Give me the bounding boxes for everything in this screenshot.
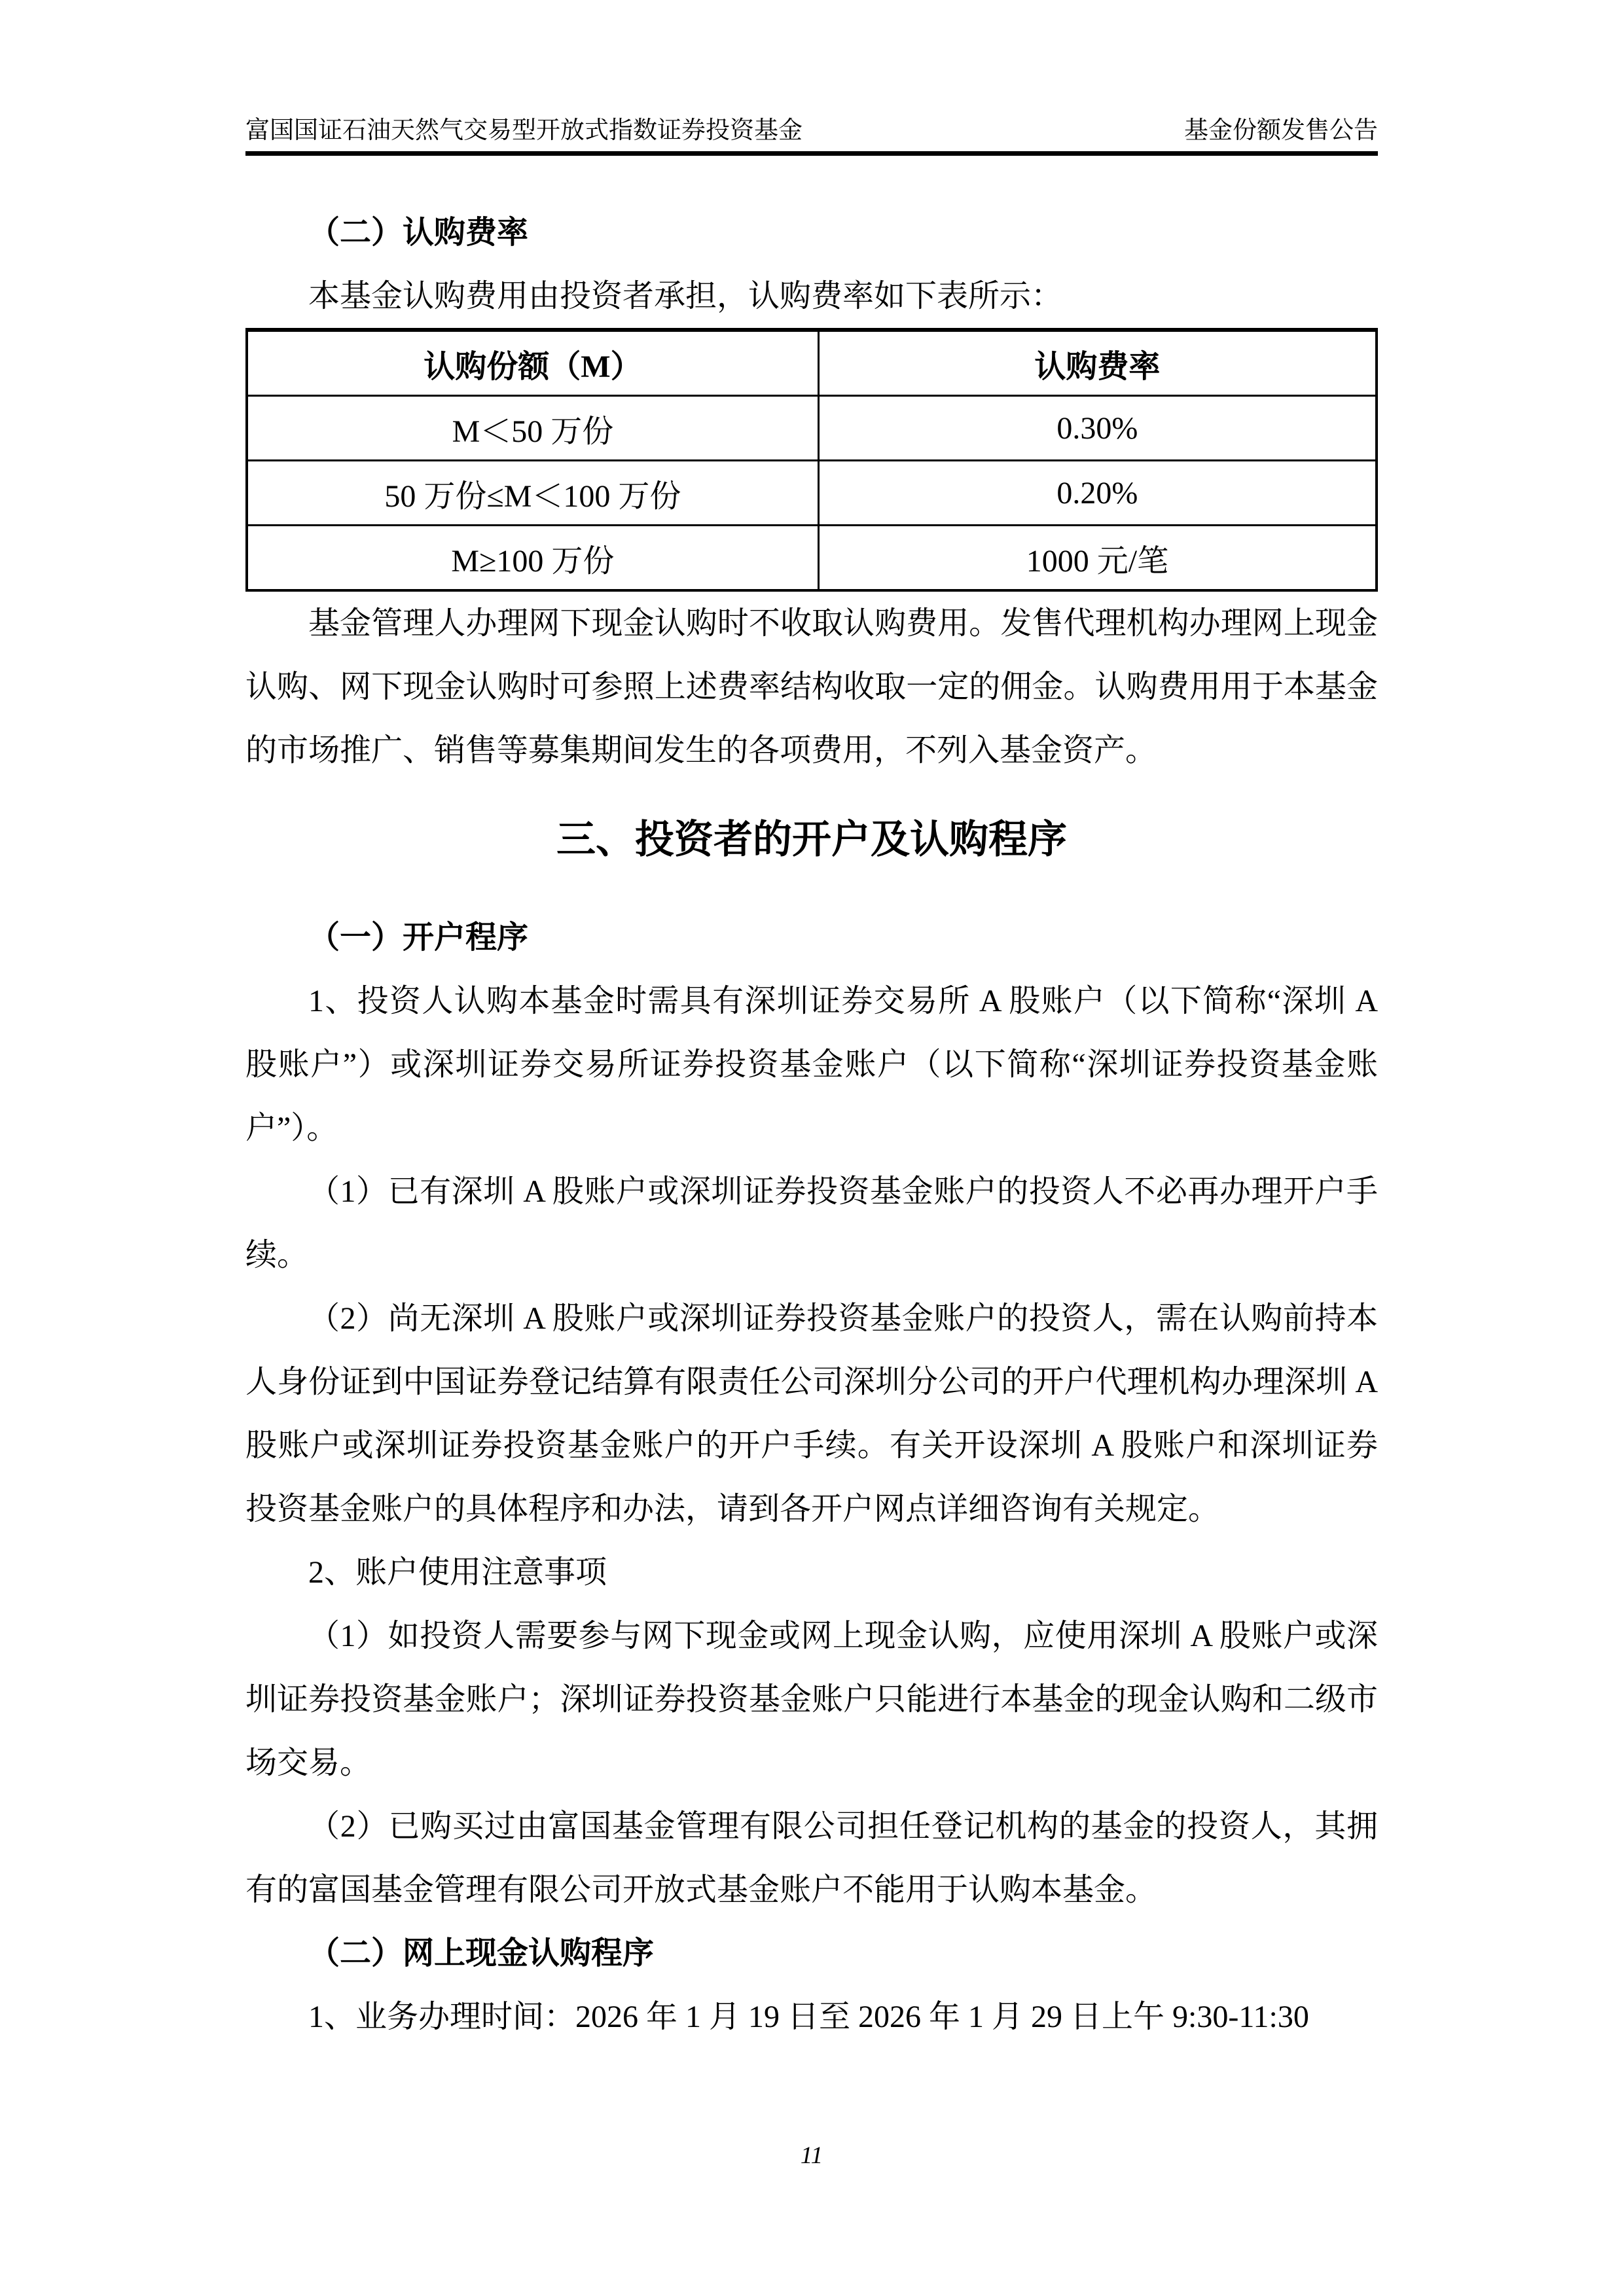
- page-content: （二）认购费率 本基金认购费用由投资者承担，认购费率如下表所示： 认购份额（M）…: [245, 201, 1378, 2170]
- col-rate-header: 认购费率: [818, 330, 1377, 396]
- account-usage-note2-paragraph: （2）已购买过由富国基金管理有限公司担任登记机构的基金的投资人，其拥有的富国基金…: [245, 1795, 1378, 1922]
- doc-title: 富国国证石油天然气交易型开放式指数证券投资基金: [245, 117, 803, 145]
- account-requirement-paragraph: 1、投资人认购本基金时需具有深圳证券交易所 A 股账户（以下简称“深圳 A 股账…: [245, 969, 1378, 1160]
- open-account-heading: （一）开户程序: [245, 906, 1378, 969]
- fee-rate-heading: （二）认购费率: [245, 201, 1378, 264]
- table-row: 50 万份≤M＜100 万份 0.20%: [247, 461, 1377, 526]
- table-row: M＜50 万份 0.30%: [247, 396, 1377, 461]
- shares-cell: M＜50 万份: [247, 396, 818, 461]
- table-header-row: 认购份额（M） 认购费率: [247, 330, 1377, 396]
- col-shares-header: 认购份额（M）: [247, 330, 818, 396]
- account-usage-note1-paragraph: （1）如投资人需要参与网下现金或网上现金认购，应使用深圳 A 股账户或深圳证券投…: [245, 1604, 1378, 1795]
- existing-account-paragraph: （1）已有深圳 A 股账户或深圳证券投资基金账户的投资人不必再办理开户手续。: [245, 1160, 1378, 1287]
- page-header: 富国国证石油天然气交易型开放式指数证券投资基金 基金份额发售公告: [245, 117, 1378, 156]
- account-usage-notes-heading: 2、账户使用注意事项: [245, 1541, 1378, 1604]
- doc-type: 基金份额发售公告: [1184, 117, 1378, 145]
- rate-cell: 1000 元/笔: [818, 526, 1377, 591]
- fee-rate-table: 认购份额（M） 认购费率 M＜50 万份 0.30% 50 万份≤M＜100 万…: [245, 328, 1378, 592]
- document-page: 富国国证石油天然气交易型开放式指数证券投资基金 基金份额发售公告 （二）认购费率…: [0, 0, 1624, 2296]
- fee-intro-paragraph: 本基金认购费用由投资者承担，认购费率如下表所示：: [245, 264, 1378, 328]
- rate-cell: 0.30%: [818, 396, 1377, 461]
- online-cash-heading: （二）网上现金认购程序: [245, 1922, 1378, 1985]
- fee-note-paragraph: 基金管理人办理网下现金认购时不收取认购费用。发售代理机构办理网上现金认购、网下现…: [245, 592, 1378, 782]
- business-hours-paragraph: 1、业务办理时间：2026 年 1 月 19 日至 2026 年 1 月 29 …: [245, 1985, 1378, 2049]
- chapter-heading: 三、投资者的开户及认购程序: [245, 808, 1378, 872]
- page-number: 11: [245, 2142, 1378, 2170]
- new-account-paragraph: （2）尚无深圳 A 股账户或深圳证券投资基金账户的投资人，需在认购前持本人身份证…: [245, 1287, 1378, 1541]
- shares-cell: 50 万份≤M＜100 万份: [247, 461, 818, 526]
- shares-cell: M≥100 万份: [247, 526, 818, 591]
- table-row: M≥100 万份 1000 元/笔: [247, 526, 1377, 591]
- rate-cell: 0.20%: [818, 461, 1377, 526]
